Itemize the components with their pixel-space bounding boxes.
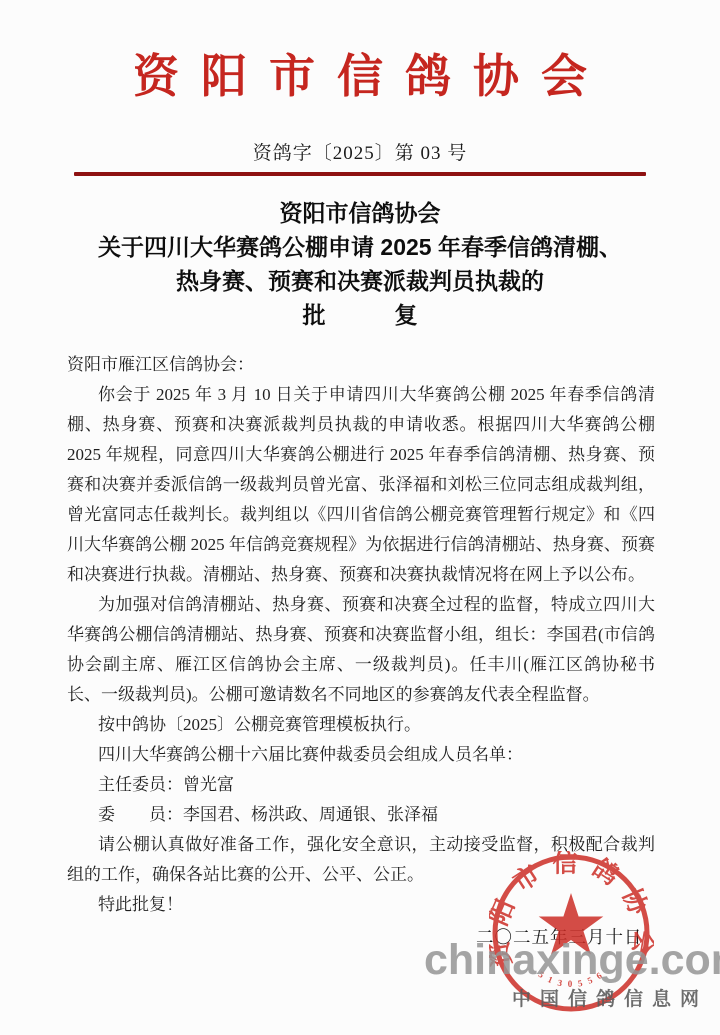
- document-title: 资阳市信鸽协会 关于四川大华赛鸽公棚申请 2025 年春季信鸽清棚、 热身赛、预…: [0, 196, 720, 332]
- document-page: 资阳市信鸽协会 资鸽字〔2025〕第 03 号 资阳市信鸽协会 关于四川大华赛鸽…: [0, 0, 720, 1035]
- red-header-rule: [74, 172, 646, 176]
- title-line-3: 热身赛、预赛和决赛派裁判员执裁的: [0, 264, 720, 298]
- doc-number: 资鸽字〔2025〕第 03 号: [0, 138, 720, 165]
- title-line-2: 关于四川大华赛鸽公棚申请 2025 年春季信鸽清棚、: [0, 230, 720, 264]
- org-header-title: 资阳市信鸽协会: [0, 40, 720, 106]
- body-paragraph-1: 你会于 2025 年 3 月 10 日关于申请四川大华赛鸽公棚 2025 年春季…: [67, 380, 655, 590]
- body-paragraph-3: 按中鸽协〔2025〕公棚竞赛管理模板执行。: [67, 710, 655, 740]
- watermark-site-name: 中国信鸽信息网: [512, 984, 708, 1011]
- body-paragraph-6: 委 员：李国君、杨洪政、周通银、张泽福: [67, 800, 655, 830]
- watermark-site-url: chinaxinge.com: [424, 936, 720, 985]
- body-paragraph-4: 四川大华赛鸽公棚十六届比赛仲裁委员会组成人员名单：: [67, 740, 655, 770]
- title-line-1: 资阳市信鸽协会: [0, 196, 720, 230]
- document-body: 资阳市雁江区信鸽协会： 你会于 2025 年 3 月 10 日关于申请四川大华赛…: [67, 350, 655, 920]
- recipient-line: 资阳市雁江区信鸽协会：: [67, 350, 655, 380]
- body-paragraph-5: 主任委员：曾光富: [67, 770, 655, 800]
- title-line-4: 批 复: [0, 298, 720, 332]
- body-paragraph-2: 为加强对信鸽清棚站、热身赛、预赛和决赛全过程的监督，特成立四川大华赛鸽公棚信鸽清…: [67, 590, 655, 710]
